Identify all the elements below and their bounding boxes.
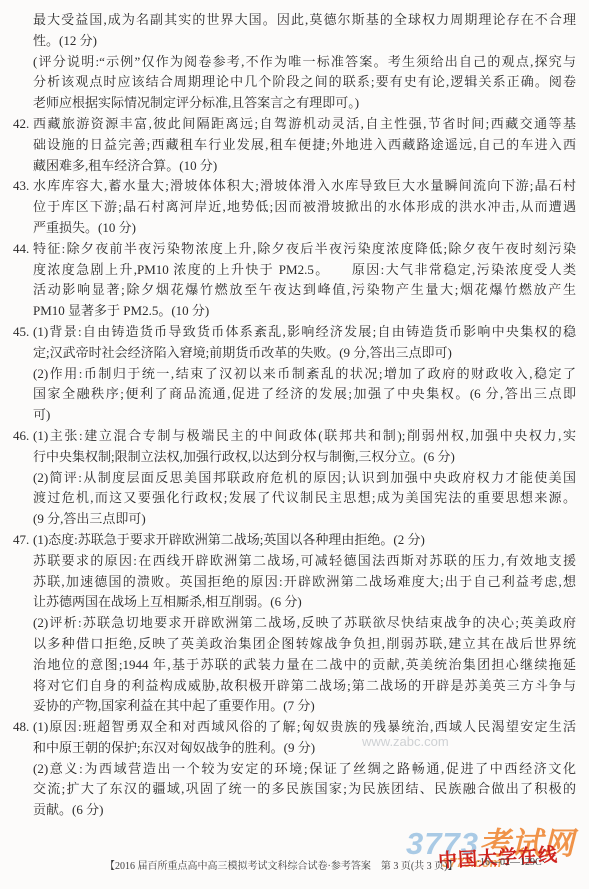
text-line: 将对它们自身的利益构成威胁,故积极开辟第二战场;第二战场的开辟是苏美英三方斗争与 bbox=[33, 676, 576, 697]
text-line: 最大受益国,成为名副其实的世界大国。因此,莫德尔斯基的全球权力周期理论存在不合理 bbox=[33, 10, 576, 31]
answer-number: 47. bbox=[13, 530, 29, 551]
text-line: (1)主张:建立混合专制与极端民主的中间政体(联邦共和制);削弱州权,加强中央权… bbox=[33, 426, 576, 447]
answer-block: 44.特征:除夕夜前半夜污染物浓度上升,除夕夜后半夜污染度浓度降低;除夕夜午夜时… bbox=[33, 239, 576, 322]
text-line: 水库库容大,蓄水量大;滑坡体体积大;滑坡体滑入水库导致巨大水量瞬间流向下游;晶石… bbox=[33, 176, 576, 197]
text-line: 性。(12 分) bbox=[33, 31, 576, 52]
answer-block: (评分说明:“示例”仅作为阅卷参考,不作为唯一标准答案。考生须给出自己的观点,探… bbox=[33, 52, 576, 114]
text-line: 度浓度急剧上升,PM10 浓度的上升快于 PM2.5。 原因:大气非常稳定,污染… bbox=[33, 260, 576, 281]
text-line: 老师应根据实际情况制定评分标准,且答案言之有理即可。) bbox=[33, 93, 576, 114]
answer-block: 最大受益国,成为名副其实的世界大国。因此,莫德尔斯基的全球权力周期理论存在不合理… bbox=[33, 10, 576, 52]
text-line: 苏联要求的原因:在西线开辟欧洲第二战场,可减轻德国法西斯对苏联的压力,有效地支援 bbox=[33, 551, 576, 572]
text-line: (评分说明:“示例”仅作为阅卷参考,不作为唯一标准答案。考生须给出自己的观点,探… bbox=[33, 52, 576, 73]
answer-block: 苏联要求的原因:在西线开辟欧洲第二战场,可减轻德国法西斯对苏联的压力,有效地支援… bbox=[33, 551, 576, 613]
text-line: (1)背景:自由铸造货币导致货币体系紊乱,影响经济发展;自由铸造货币影响中央集权… bbox=[33, 322, 576, 343]
answer-block: 46.(1)主张:建立混合专制与极端民主的中间政体(联邦共和制);削弱州权,加强… bbox=[33, 426, 576, 468]
text-line: (1)态度:苏联急于要求开辟欧洲第二战场;英国以各种理由拒绝。(2 分) bbox=[33, 530, 576, 551]
text-line: 和中原王朝的保护;东汉对匈奴战争的胜利。(9 分) bbox=[33, 738, 576, 759]
answer-number: 42. bbox=[13, 114, 29, 135]
answer-number: 46. bbox=[13, 426, 29, 447]
watermark-faint-url: www.zabc.com bbox=[362, 734, 449, 749]
text-line: 分析该观点时应该结合周期理论中几个阶段之间的联系;要有史有论,逻辑关系正确。阅卷 bbox=[33, 72, 576, 93]
text-line: PM10 显著多于 PM2.5。(10 分) bbox=[33, 301, 576, 322]
answer-number: 44. bbox=[13, 239, 29, 260]
exam-answer-page: 最大受益国,成为名副其实的世界大国。因此,莫德尔斯基的全球权力周期理论存在不合理… bbox=[0, 0, 589, 889]
text-line: 活动影响显著;除夕烟花爆竹燃放至午夜达到峰值,污染物产生量大;烟花爆竹燃放产生 bbox=[33, 280, 576, 301]
text-line: 交流;扩大了东汉的疆域,巩固了统一的多民族国家;为民族团结、民族融合做出了积极的 bbox=[33, 779, 576, 800]
text-line: 以多种借口拒绝,反映了英美政治集团企图转嫁战争负担,削弱苏联,建立其在战后世界统 bbox=[33, 634, 576, 655]
answer-block: 43.水库库容大,蓄水量大;滑坡体体积大;滑坡体滑入水库导致巨大水量瞬间流向下游… bbox=[33, 176, 576, 238]
text-line: (2)作用:币制归于统一,结束了汉初以来币制紊乱的状况;增加了政府的财政收入,稳… bbox=[33, 364, 576, 385]
text-line: 特征:除夕夜前半夜污染物浓度上升,除夕夜后半夜污染度浓度降低;除夕夜午夜时刻污染 bbox=[33, 239, 576, 260]
answer-number: 45. bbox=[13, 322, 29, 343]
answer-block: (2)作用:币制归于统一,结束了汉初以来币制紊乱的状况;增加了政府的财政收入,稳… bbox=[33, 364, 576, 426]
text-line: (9 分,答出三点即可) bbox=[33, 509, 576, 530]
text-line: 行中央集权制;限制立法权,加强行政权,以达到分权与制衡,三权分立。(6 分) bbox=[33, 447, 576, 468]
text-line: 国家全融秩序;便利了商品流通,促进了经济的发展;加强了中央集权。(6 分,答出三… bbox=[33, 384, 576, 405]
footer-citation: 【2016 届百所重点高中高三模拟考试文科综合试卷·参考答案 第 3 页(共 3… bbox=[105, 857, 458, 872]
footer-code: ·16—02—129C· bbox=[477, 857, 545, 872]
answer-block: (2)简评:从制度层面反思美国邦联政府危机的原因;认识到加强中央政府权力才能使美… bbox=[33, 468, 576, 530]
answer-number: 48. bbox=[13, 717, 29, 738]
answer-block: 45.(1)背景:自由铸造货币导致货币体系紊乱,影响经济发展;自由铸造货币影响中… bbox=[33, 322, 576, 364]
text-line: 让苏德两国在战场上互相厮杀,相互削弱。(6 分) bbox=[33, 592, 576, 613]
text-line: 严重损失。(10 分) bbox=[33, 218, 576, 239]
answer-number: 43. bbox=[13, 176, 29, 197]
text-line: 妥协的产物,国家利益在其中起了重要作用。(7 分) bbox=[33, 696, 576, 717]
answer-block: 47.(1)态度:苏联急于要求开辟欧洲第二战场;英国以各种理由拒绝。(2 分) bbox=[33, 530, 576, 551]
text-line: 治地位的意图;1944 年,基于苏联的武装力量在二战中的贡献,英美统治集团担心继… bbox=[33, 655, 576, 676]
text-line: 西藏旅游资源丰富,彼此间隔距离远;自驾游机动灵活,自主性强,节省时间;西藏交通等… bbox=[33, 114, 576, 135]
text-line: 渡过危机,而这又要强化行政权;发展了代议制民主思想;成为美国宪法的重要思想来源。 bbox=[33, 488, 576, 509]
text-line: (2)评析:苏联急切地要求开辟欧洲第二战场,反映了苏联欲尽快结束战争的决心;英美… bbox=[33, 613, 576, 634]
answer-block: (2)评析:苏联急切地要求开辟欧洲第二战场,反映了苏联欲尽快结束战争的决心;英美… bbox=[33, 613, 576, 717]
text-line: 藏困难多,租车经济合算。(10 分) bbox=[33, 156, 576, 177]
text-line: 位于库区下游;晶石村离河岸近,地势低;因而被滑坡掀出的水体形成的洪水冲击,从而遭… bbox=[33, 197, 576, 218]
text-line: (2)意义:为西域营造出一个较为安定的环境;保证了丝绸之路畅通,促进了中西经济文… bbox=[33, 759, 576, 780]
answer-body: 最大受益国,成为名副其实的世界大国。因此,莫德尔斯基的全球权力周期理论存在不合理… bbox=[33, 10, 576, 821]
text-line: 可) bbox=[33, 405, 576, 426]
answer-block: 48.(1)原因:班超智勇双全和对西域风俗的了解;匈奴贵族的残暴统治,西域人民渴… bbox=[33, 717, 576, 759]
page-footer: 【2016 届百所重点高中高三模拟考试文科综合试卷·参考答案 第 3 页(共 3… bbox=[0, 857, 589, 872]
text-line: (1)原因:班超智勇双全和对西域风俗的了解;匈奴贵族的残暴统治,西域人民渴望安定… bbox=[33, 717, 576, 738]
text-line: (2)简评:从制度层面反思美国邦联政府危机的原因;认识到加强中央政府权力才能使美… bbox=[33, 468, 576, 489]
text-line: 础设施的日益完善;西藏租车行业发展,租车便捷;外地进入西藏路途遥远,自己的车进入… bbox=[33, 135, 576, 156]
answer-block: 42.西藏旅游资源丰富,彼此间隔距离远;自驾游机动灵活,自主性强,节省时间;西藏… bbox=[33, 114, 576, 176]
text-line: 苏联,加速德国的溃败。英国拒绝的原因:开辟欧洲第二战场难度大;出于自己利益考虑,… bbox=[33, 572, 576, 593]
answer-block: (2)意义:为西域营造出一个较为安定的环境;保证了丝绸之路畅通,促进了中西经济文… bbox=[33, 759, 576, 821]
text-line: 定;汉武帝时社会经济陷入窘境;前期货币改革的失败。(9 分,答出三点即可) bbox=[33, 343, 576, 364]
